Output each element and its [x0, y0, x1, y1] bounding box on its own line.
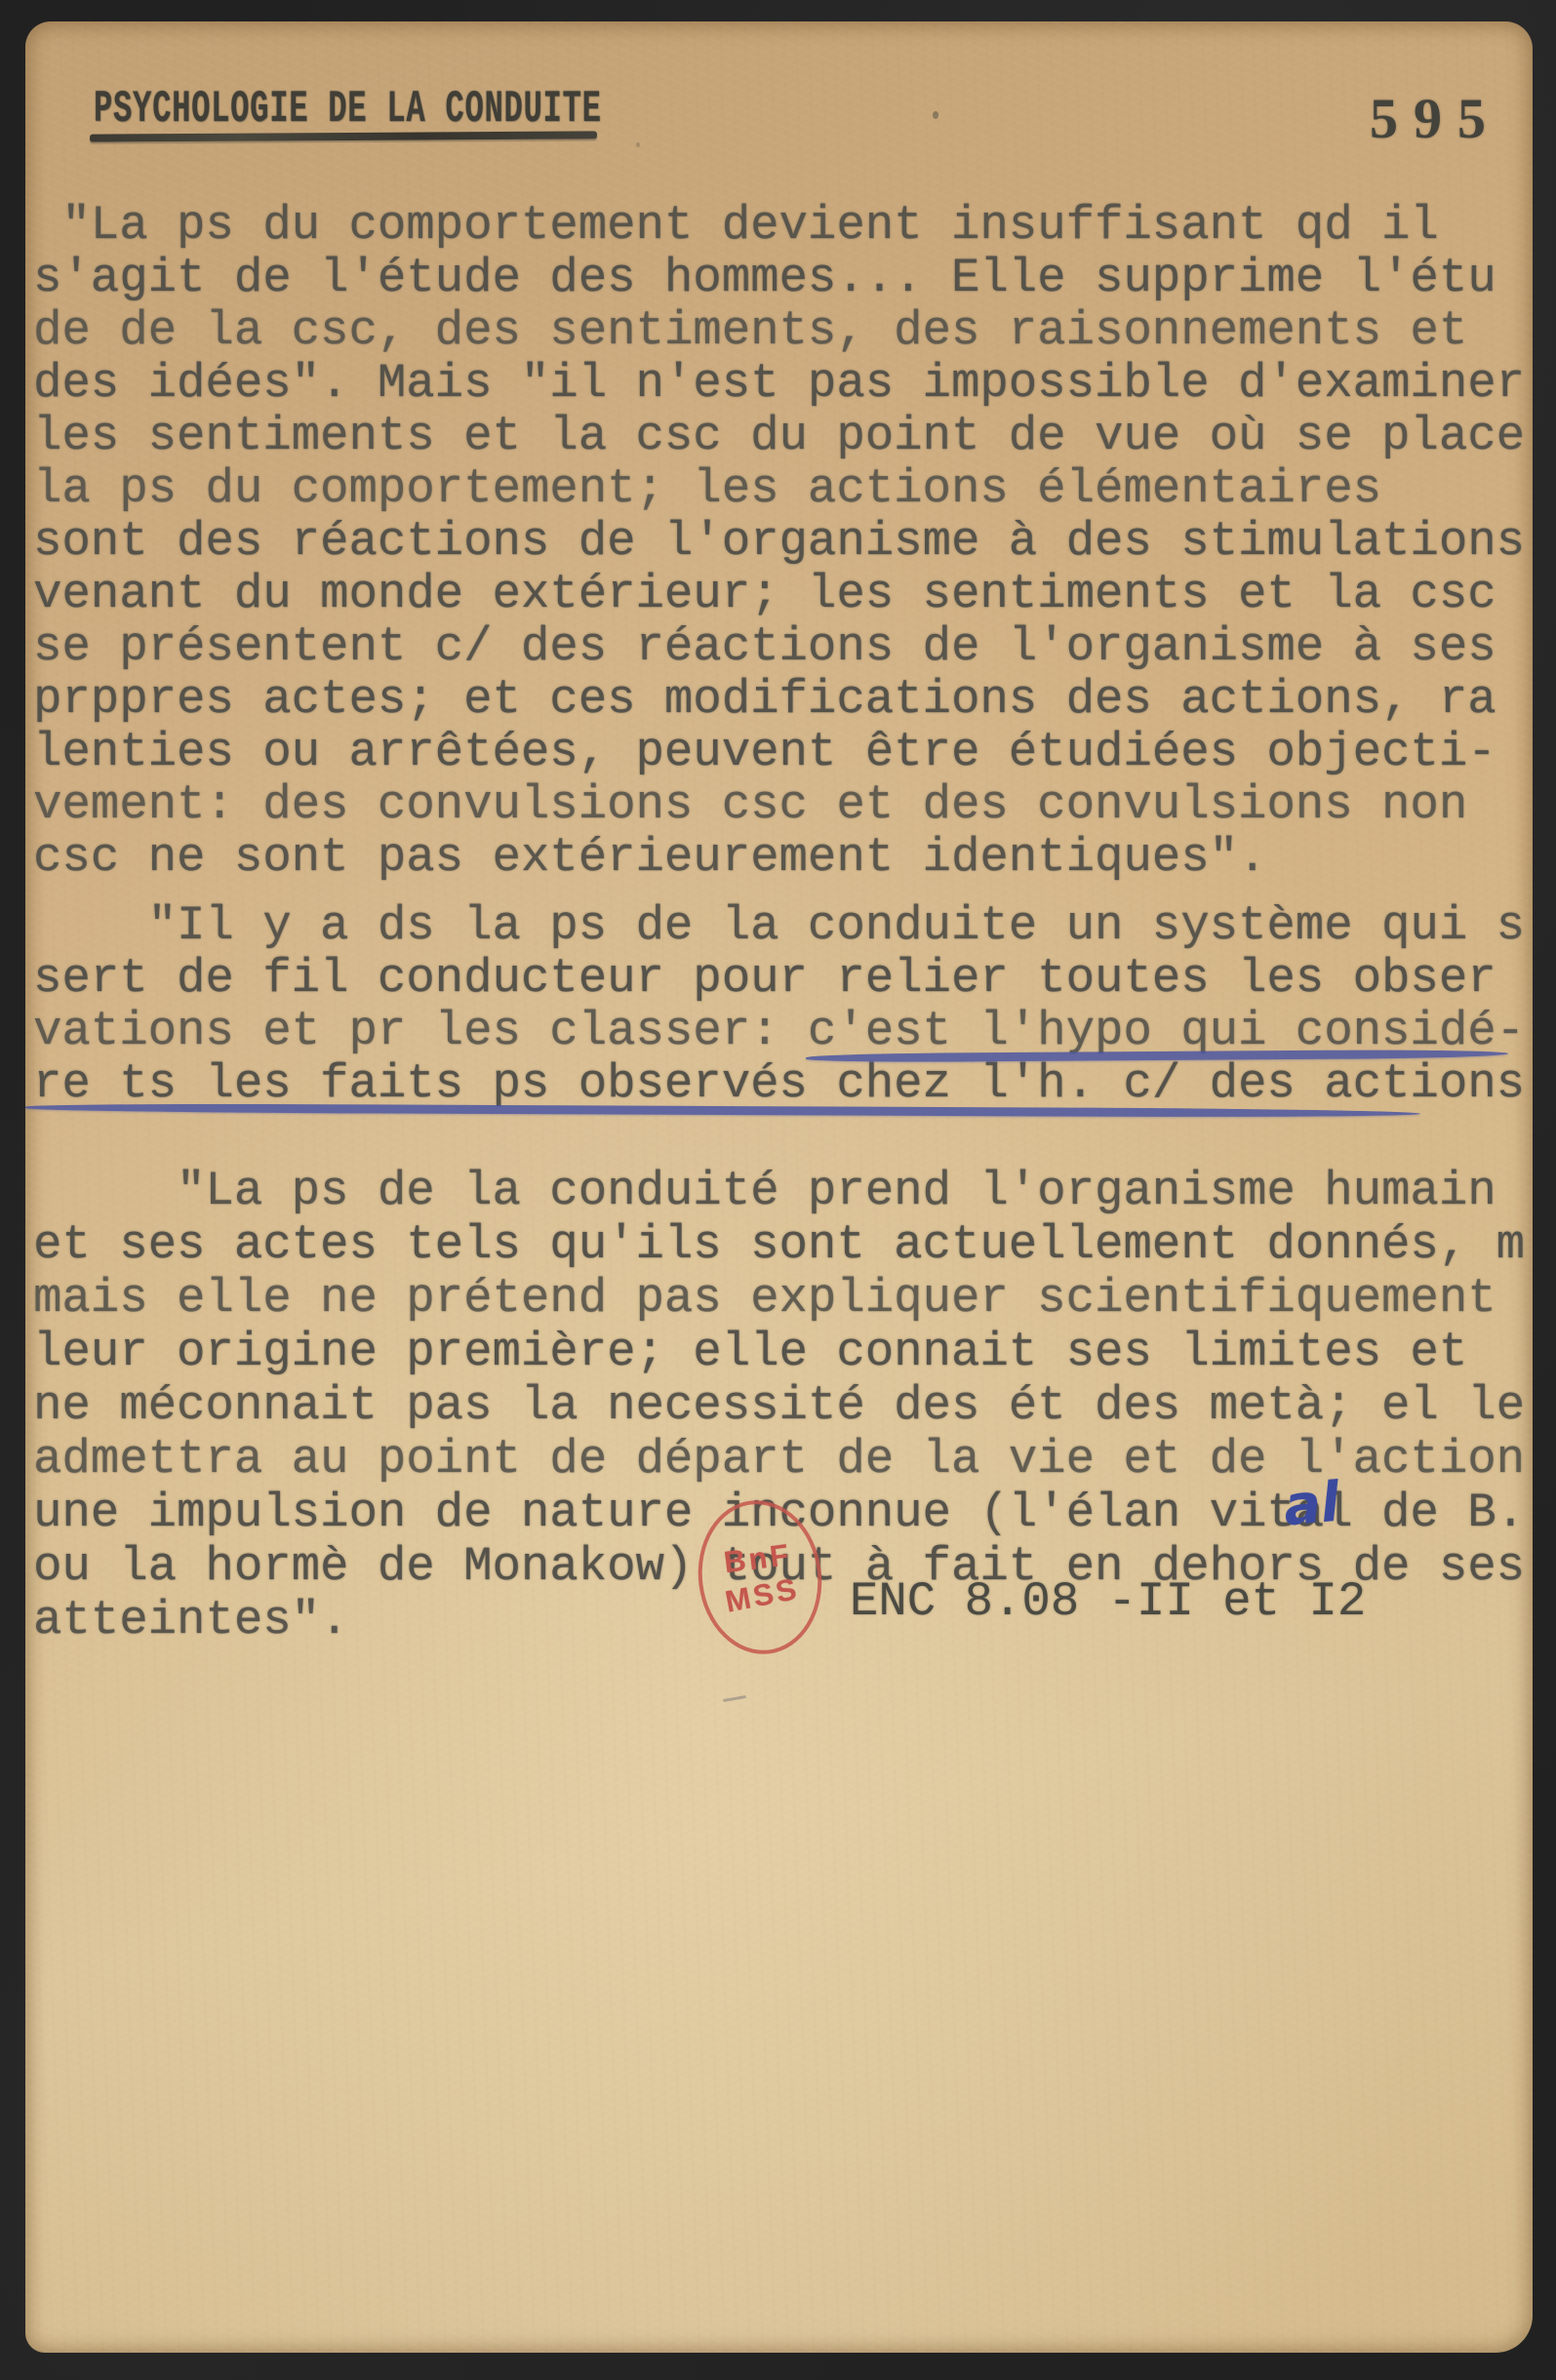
text-line: "La ps de la conduité prend l'organisme … — [33, 1165, 1525, 1218]
page-number: 595 — [1370, 86, 1501, 151]
handwritten-correction: al — [1281, 1471, 1341, 1539]
text-line: leur origine première; elle connait ses … — [33, 1326, 1525, 1379]
text-line: lenties ou arrêtées, peuvent être étudié… — [33, 726, 1525, 778]
ink-speck — [636, 142, 640, 147]
text-line: et ses actes tels qu'ils sont actuelleme… — [33, 1218, 1525, 1272]
text-line: mais elle ne prétend pas expliquer scien… — [33, 1272, 1525, 1326]
paragraph-1: "La ps du comportement devient insuffisa… — [33, 199, 1525, 884]
text-line: vations et pr les classer: c'est l'hypo … — [33, 1005, 1525, 1057]
text-line: de de la csc, des sentiments, des raison… — [33, 304, 1525, 357]
pencil-mark — [723, 1695, 746, 1702]
text-line: vement: des convulsions csc et des convu… — [33, 778, 1525, 831]
text-line: "Il y a ds la ps de la conduite un systè… — [33, 899, 1525, 952]
text-line: "La ps du comportement devient insuffisa… — [33, 199, 1525, 252]
ink-speck — [933, 111, 938, 119]
text-line: des idées". Mais "il n'est pas impossibl… — [33, 357, 1525, 410]
text-line: csc ne sont pas extérieurement identique… — [33, 831, 1525, 884]
photo-background: PSYCHOLOGIE DE LA CONDUITE 595 "La ps du… — [0, 0, 1556, 2380]
text-line: sert de fil conducteur pour relier toute… — [33, 952, 1525, 1005]
shelfmark-reference: ENC 8.08 -II et I2 — [850, 1574, 1366, 1629]
text-line: les sentiments et la csc du point de vue… — [33, 410, 1525, 462]
archive-card: PSYCHOLOGIE DE LA CONDUITE 595 "La ps du… — [25, 21, 1533, 2353]
text-line: prppres actes; et ces modifications des … — [33, 673, 1525, 726]
page-title: PSYCHOLOGIE DE LA CONDUITE — [94, 84, 602, 135]
text-line: la ps du comportement; les actions éléme… — [33, 462, 1525, 515]
text-line: re ts les faits ps observés chez l'h. c/… — [33, 1057, 1525, 1110]
text-line: venant du monde extérieur; les sentiment… — [33, 568, 1525, 620]
text-line: s'agit de l'étude des hommes... Elle sup… — [33, 252, 1525, 304]
paragraph-2: "Il y a ds la ps de la conduite un systè… — [33, 899, 1525, 1110]
text-line: ne méconnait pas la necessité des ét des… — [33, 1379, 1525, 1433]
text-line: se présentent c/ des réactions de l'orga… — [33, 620, 1525, 673]
text-line: sont des réactions de l'organisme à des … — [33, 515, 1525, 568]
